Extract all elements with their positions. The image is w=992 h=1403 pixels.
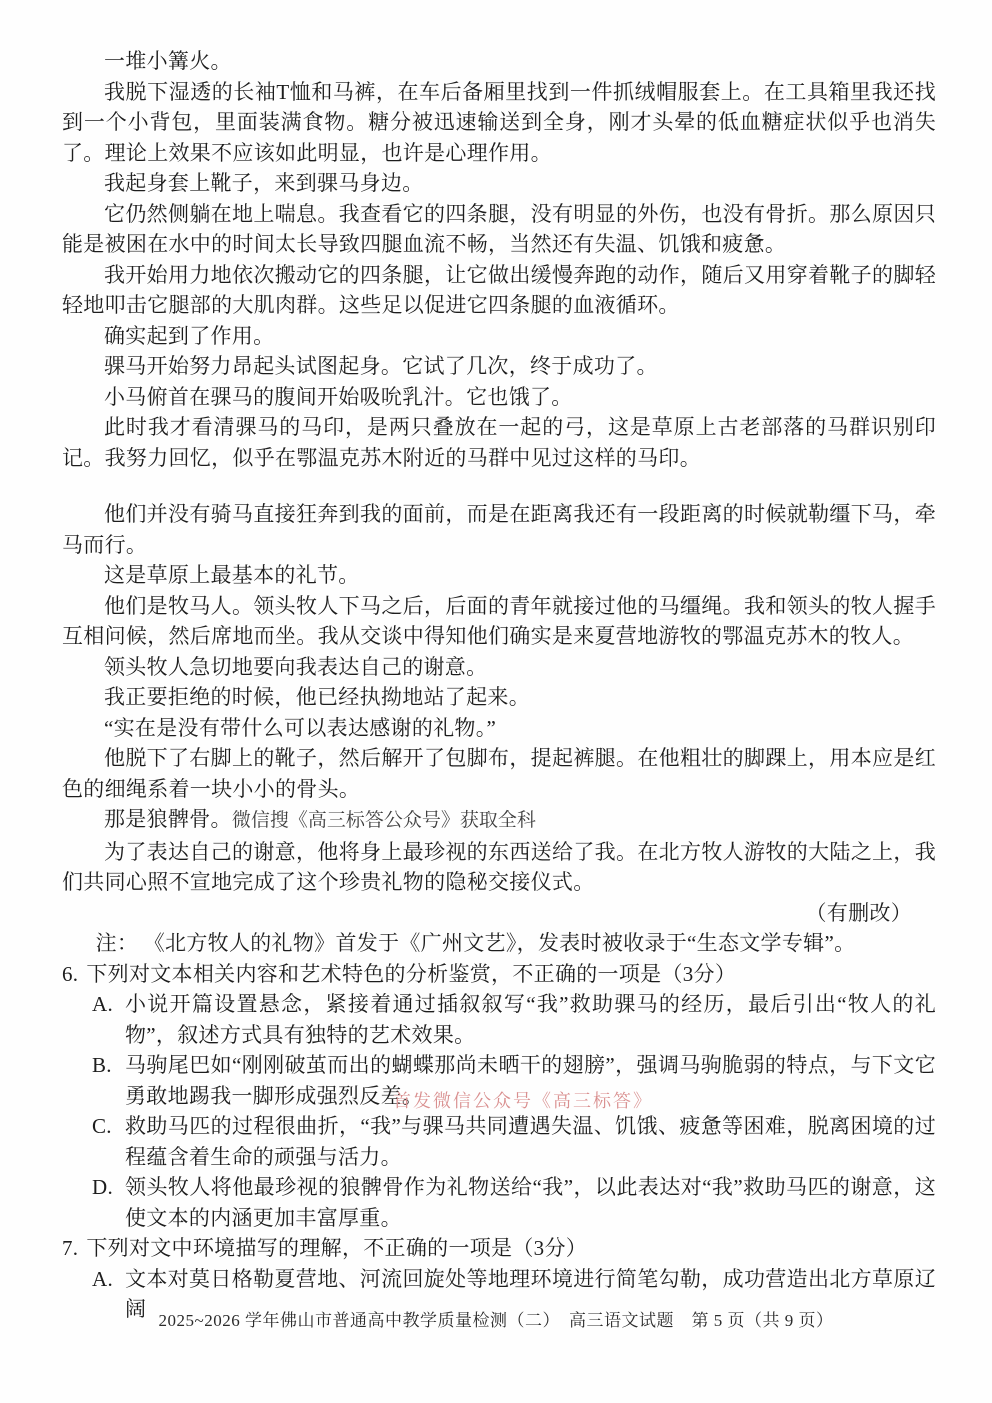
passage-paragraph: 他们并没有骑马直接狂奔到我的面前，而是在距离我还有一段距离的时候就勒缰下马，牵马… xyxy=(62,499,936,560)
page-footer: 2025~2026 学年佛山市普通高中教学质量检测（二） 高三语文试题 第 5 … xyxy=(0,1306,992,1331)
passage-paragraph: 它仍然侧躺在地上喘息。我查看它的四条腿，没有明显的外伤，也没有骨折。那么原因只能… xyxy=(62,199,936,260)
question-7-number: 7. xyxy=(62,1236,86,1260)
passage-paragraph: 这是草原上最基本的礼节。 xyxy=(62,560,936,591)
passage-paragraph-bone: 那是狼髀骨。微信搜《高三标答公众号》获取全科 xyxy=(62,804,936,837)
option-c-text: 救助马匹的过程很曲折，“我”与骒马共同遭遇失温、饥饿、疲惫等困难，脱离困境的过程… xyxy=(125,1114,936,1169)
exam-paper-page: 一堆小篝火。 我脱下湿透的长袖T恤和马裤，在车后备厢里找到一件抓绒帽服套上。在工… xyxy=(0,0,992,1403)
passage-paragraph: 他脱下了右脚上的靴子，然后解开了包脚布，提起裤腿。在他粗壮的脚踝上，用本应是红色… xyxy=(62,743,936,804)
question-7-stem: 7.下列对文中环境描写的理解，不正确的一项是（3分） xyxy=(62,1233,936,1264)
passage-paragraph: 骒马开始努力昂起头试图起身。它试了几次，终于成功了。 xyxy=(62,351,936,382)
passage-paragraph: 我起身套上靴子，来到骒马身边。 xyxy=(62,168,936,199)
option-b-label: B. xyxy=(92,1050,112,1081)
inline-watermark-text: 微信搜《高三标答公众号》获取全科 xyxy=(232,810,536,831)
page-content: 一堆小篝火。 我脱下湿透的长袖T恤和马裤，在车后备厢里找到一件抓绒帽服套上。在工… xyxy=(62,46,936,1325)
question-6-stem: 6.下列对文本相关内容和艺术特色的分析鉴赏，不正确的一项是（3分） xyxy=(62,959,936,990)
red-watermark-text: 首发微信公众号《高三标答》 xyxy=(393,1087,653,1113)
passage-paragraph: 我脱下湿透的长袖T恤和马裤，在车后备厢里找到一件抓绒帽服套上。在工具箱里我还找到… xyxy=(62,77,936,169)
question-7-stem-text: 下列对文中环境描写的理解，不正确的一项是（3分） xyxy=(86,1236,587,1260)
bone-sentence: 那是狼髀骨。 xyxy=(104,807,232,831)
option-d-label: D. xyxy=(92,1172,113,1203)
option-a-label: A. xyxy=(92,989,113,1020)
question-6-number: 6. xyxy=(62,962,86,986)
option-a-text: 小说开篇设置悬念，紧接着通过插叙叙写“我”救助骒马的经历，最后引出“牧人的礼物”… xyxy=(125,992,936,1047)
question-6-stem-text: 下列对文本相关内容和艺术特色的分析鉴赏，不正确的一项是（3分） xyxy=(86,962,736,986)
passage-paragraph: 我正要拒绝的时候，他已经执拗地站了起来。 xyxy=(62,682,936,713)
passage-footnote: 注： 《北方牧人的礼物》首发于《广州文艺》，发表时被收录于“生态文学专辑”。 xyxy=(62,928,936,959)
passage-paragraph: 他们是牧马人。领头牧人下马之后，后面的青年就接过他的马缰绳。我和领头的牧人握手互… xyxy=(62,591,936,652)
option-c-label: C. xyxy=(92,1111,112,1142)
question-6-option-c: C.救助马匹的过程很曲折，“我”与骒马共同遭遇失温、饥饿、疲惫等困难，脱离困境的… xyxy=(62,1111,936,1172)
passage-paragraph: 一堆小篝火。 xyxy=(62,46,936,77)
question-6-option-d: D.领头牧人将他最珍视的狼髀骨作为礼物送给“我”，以此表达对“我”救助马匹的谢意… xyxy=(62,1172,936,1233)
passage-paragraph: 确实起到了作用。 xyxy=(62,321,936,352)
passage-paragraph: 领头牧人急切地要向我表达自己的谢意。 xyxy=(62,652,936,683)
passage-paragraph: 我开始用力地依次搬动它的四条腿，让它做出缓慢奔跑的动作，随后又用穿着靴子的脚轻轻… xyxy=(62,260,936,321)
option-a-label: A. xyxy=(92,1264,113,1295)
passage-paragraph: 此时我才看清骒马的马印，是两只叠放在一起的弓，这是草原上古老部落的马群识别印记。… xyxy=(62,412,936,473)
passage-paragraph: 为了表达自己的谢意，他将身上最珍视的东西送给了我。在北方牧人游牧的大陆之上，我们… xyxy=(62,837,936,898)
passage-paragraph: 小马俯首在骒马的腹间开始吸吮乳汁。它也饿了。 xyxy=(62,382,936,413)
option-d-text: 领头牧人将他最珍视的狼髀骨作为礼物送给“我”，以此表达对“我”救助马匹的谢意，这… xyxy=(125,1175,936,1230)
source-note: （有删改） xyxy=(62,898,936,929)
passage-paragraph: “实在是没有带什么可以表达感谢的礼物。” xyxy=(62,713,936,744)
question-6-option-a: A.小说开篇设置悬念，紧接着通过插叙叙写“我”救助骒马的经历，最后引出“牧人的礼… xyxy=(62,989,936,1050)
